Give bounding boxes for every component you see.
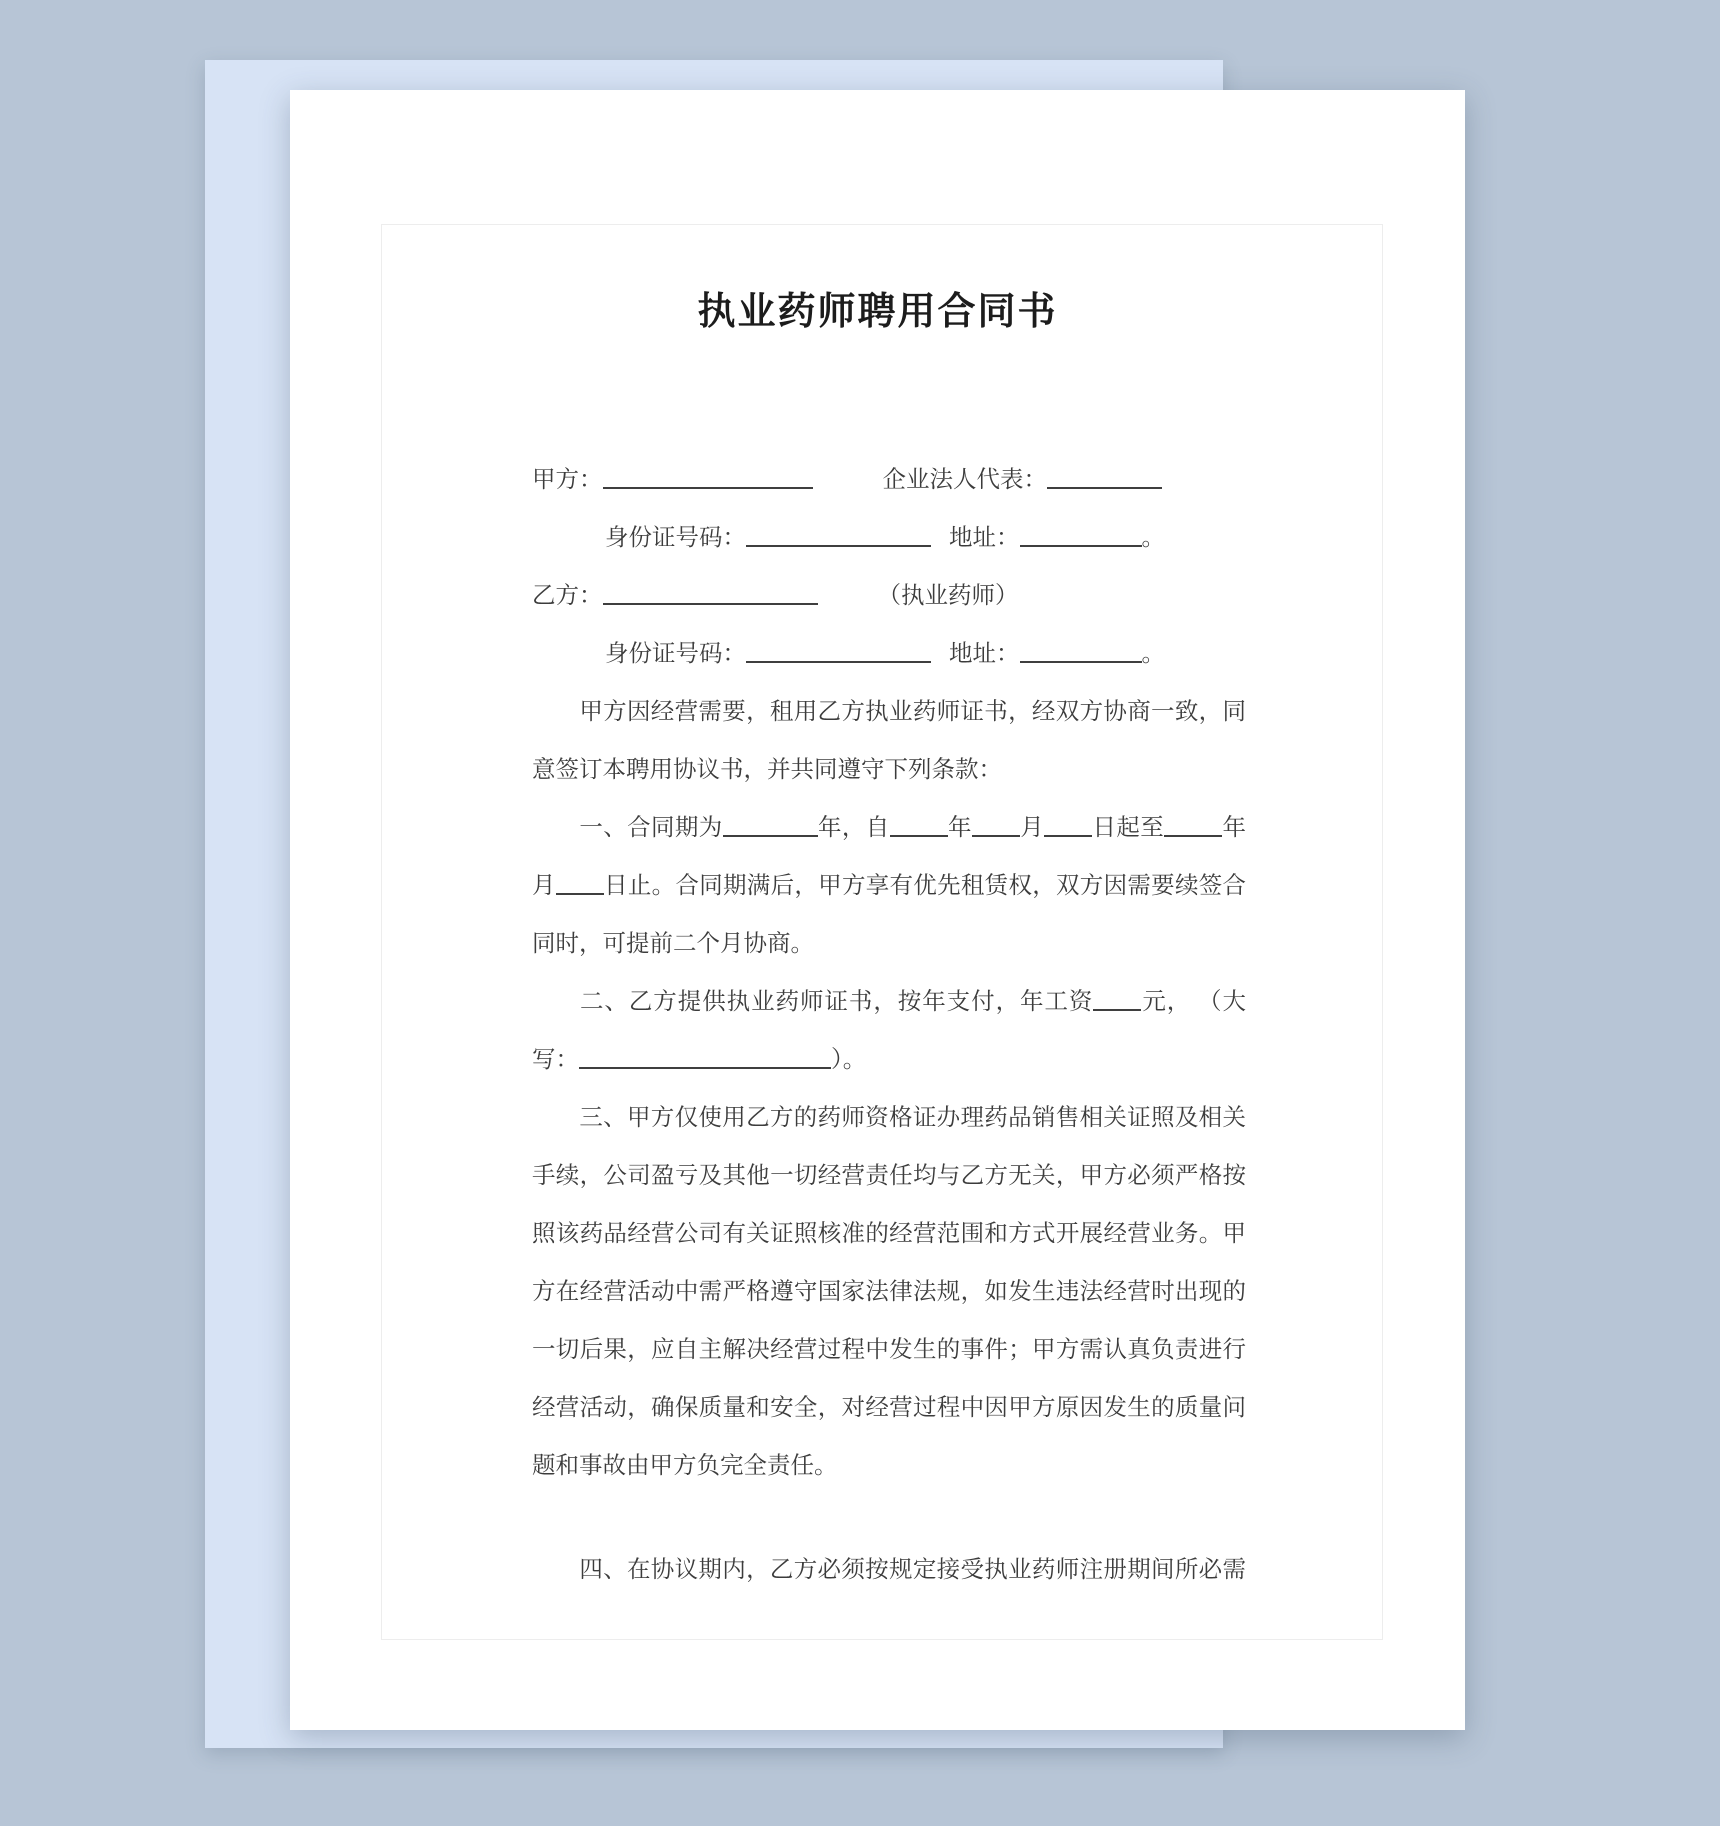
text-run: 。 [1142,525,1166,551]
paragraph-indent [532,544,605,545]
text-run: 地址： [949,641,1020,667]
preamble-line-2: 意签订本聘用协议书，并共同遵守下列条款： [532,741,1246,799]
text-run: 日起至 [1092,815,1164,841]
spacer [931,660,949,661]
text-run: （执业药师） [878,583,1019,609]
text-run: 手续，公司盈亏及其他一切经营责任均与乙方无关，甲方必须严格按 [532,1163,1246,1189]
blank-underline [972,817,1020,837]
text-run: 方在经营活动中需严格遵守国家法律法规，如发生违法经营时出现的 [532,1279,1246,1305]
text-run: 经营活动，确保质量和安全，对经营过程中因甲方原因发生的质量问 [532,1395,1246,1421]
clause-3-line-7: 题和事故由甲方负完全责任。 [532,1437,1246,1495]
text-run: 意签订本聘用协议书，并共同遵守下列条款： [532,757,1002,783]
text-run: 同时，可提前二个月协商。 [532,931,814,957]
clause-4-line-1: 四、在协议期内，乙方必须按规定接受执业药师注册期间所必需 [532,1541,1246,1599]
text-run: 年 [948,815,972,841]
spacer [818,602,878,603]
spacer [813,486,883,487]
clause-1-line-2: 月日止。合同期满后，甲方享有优先租赁权，双方因需要续签合 [532,857,1246,915]
paragraph-indent [532,718,579,719]
clause-1-line-1: 一、合同期为年，自年月日起至年 [532,799,1246,857]
party-a-id-line: 身份证号码：地址：。 [532,509,1246,567]
blank-underline [579,1049,831,1069]
canvas-background: { "colors": { "background": "#b7c5d6", "… [0,0,1720,1826]
clause-3-line-4: 方在经营活动中需严格遵守国家法律法规，如发生违法经营时出现的 [532,1263,1246,1321]
text-run: 甲方： [532,467,603,493]
document-title: 执业药师聘用合同书 [290,284,1465,340]
text-run: 企业法人代表： [883,467,1048,493]
blank-underline [746,527,931,547]
text-run: 三、甲方仅使用乙方的药师资格证办理药品销售相关证照及相关 [579,1105,1246,1131]
text-run: 元， （大 [1141,989,1246,1015]
text-run: 一切后果，应自主解决经营过程中发生的事件；甲方需认真负责进行 [532,1337,1246,1363]
text-run: 月 [532,873,556,899]
text-run: 地址： [949,525,1020,551]
text-run: 题和事故由甲方负完全责任。 [532,1453,838,1479]
blank-underline [1047,469,1162,489]
party-b-id-line: 身份证号码：地址：。 [532,625,1246,683]
clause-3-line-6: 经营活动，确保质量和安全，对经营过程中因甲方原因发生的质量问 [532,1379,1246,1437]
paragraph-indent [532,1576,579,1577]
clause-3-line-3: 照该药品经营公司有关证照核准的经营范围和方式开展经营业务。甲 [532,1205,1246,1263]
clause-3-line-2: 手续，公司盈亏及其他一切经营责任均与乙方无关，甲方必须严格按 [532,1147,1246,1205]
text-run: 乙方： [532,583,603,609]
text-run: 照该药品经营公司有关证照核准的经营范围和方式开展经营业务。甲 [532,1221,1246,1247]
text-run: 年 [1222,815,1246,841]
text-run: 甲方因经营需要，租用乙方执业药师证书，经双方协商一致，同 [579,699,1246,725]
clause-2-line-1: 二、乙方提供执业药师证书，按年支付，年工资元， （大 [532,973,1246,1031]
blank-underline [603,469,813,489]
text-run: 写： [532,1047,579,1073]
clause-2-line-2: 写：）。 [532,1031,1246,1089]
contract-paper: 执业药师聘用合同书 甲方：企业法人代表：身份证号码：地址：。乙方：（执业药师）身… [290,90,1465,1730]
text-run: 身份证号码： [605,641,746,667]
text-run: 身份证号码： [605,525,746,551]
paragraph-indent [532,1008,579,1009]
blank-underline [1093,991,1141,1011]
blank-underline [1044,817,1092,837]
blank-underline [723,817,818,837]
blank-underline [1020,527,1142,547]
paragraph-indent [532,1124,579,1125]
preamble-line-1: 甲方因经营需要，租用乙方执业药师证书，经双方协商一致，同 [532,683,1246,741]
document-body: 甲方：企业法人代表：身份证号码：地址：。乙方：（执业药师）身份证号码：地址：。甲… [532,451,1246,1599]
party-b-line: 乙方：（执业药师） [532,567,1246,625]
blank-underline [746,643,931,663]
clause-3-line-1: 三、甲方仅使用乙方的药师资格证办理药品销售相关证照及相关 [532,1089,1246,1147]
blank-underline [1164,817,1222,837]
blank-underline [556,875,604,895]
clause-3-line-5: 一切后果，应自主解决经营过程中发生的事件；甲方需认真负责进行 [532,1321,1246,1379]
blank-underline [1020,643,1142,663]
text-run: 四、在协议期内，乙方必须按规定接受执业药师注册期间所必需 [579,1557,1246,1583]
blank-underline [890,817,948,837]
text-run: 月 [1020,815,1044,841]
text-run: 一、合同期为 [579,815,723,841]
spacer [931,544,949,545]
paragraph-indent [532,660,605,661]
text-run: 日止。合同期满后，甲方享有优先租赁权，双方因需要续签合 [604,873,1246,899]
blank-underline [603,585,818,605]
text-run: ）。 [831,1047,866,1073]
paragraph-indent [532,834,579,835]
text-run: 。 [1142,641,1166,667]
clause-1-line-3: 同时，可提前二个月协商。 [532,915,1246,973]
text-run: 二、乙方提供执业药师证书，按年支付，年工资 [579,989,1093,1015]
party-a-line: 甲方：企业法人代表： [532,451,1246,509]
text-run: 年，自 [818,815,890,841]
